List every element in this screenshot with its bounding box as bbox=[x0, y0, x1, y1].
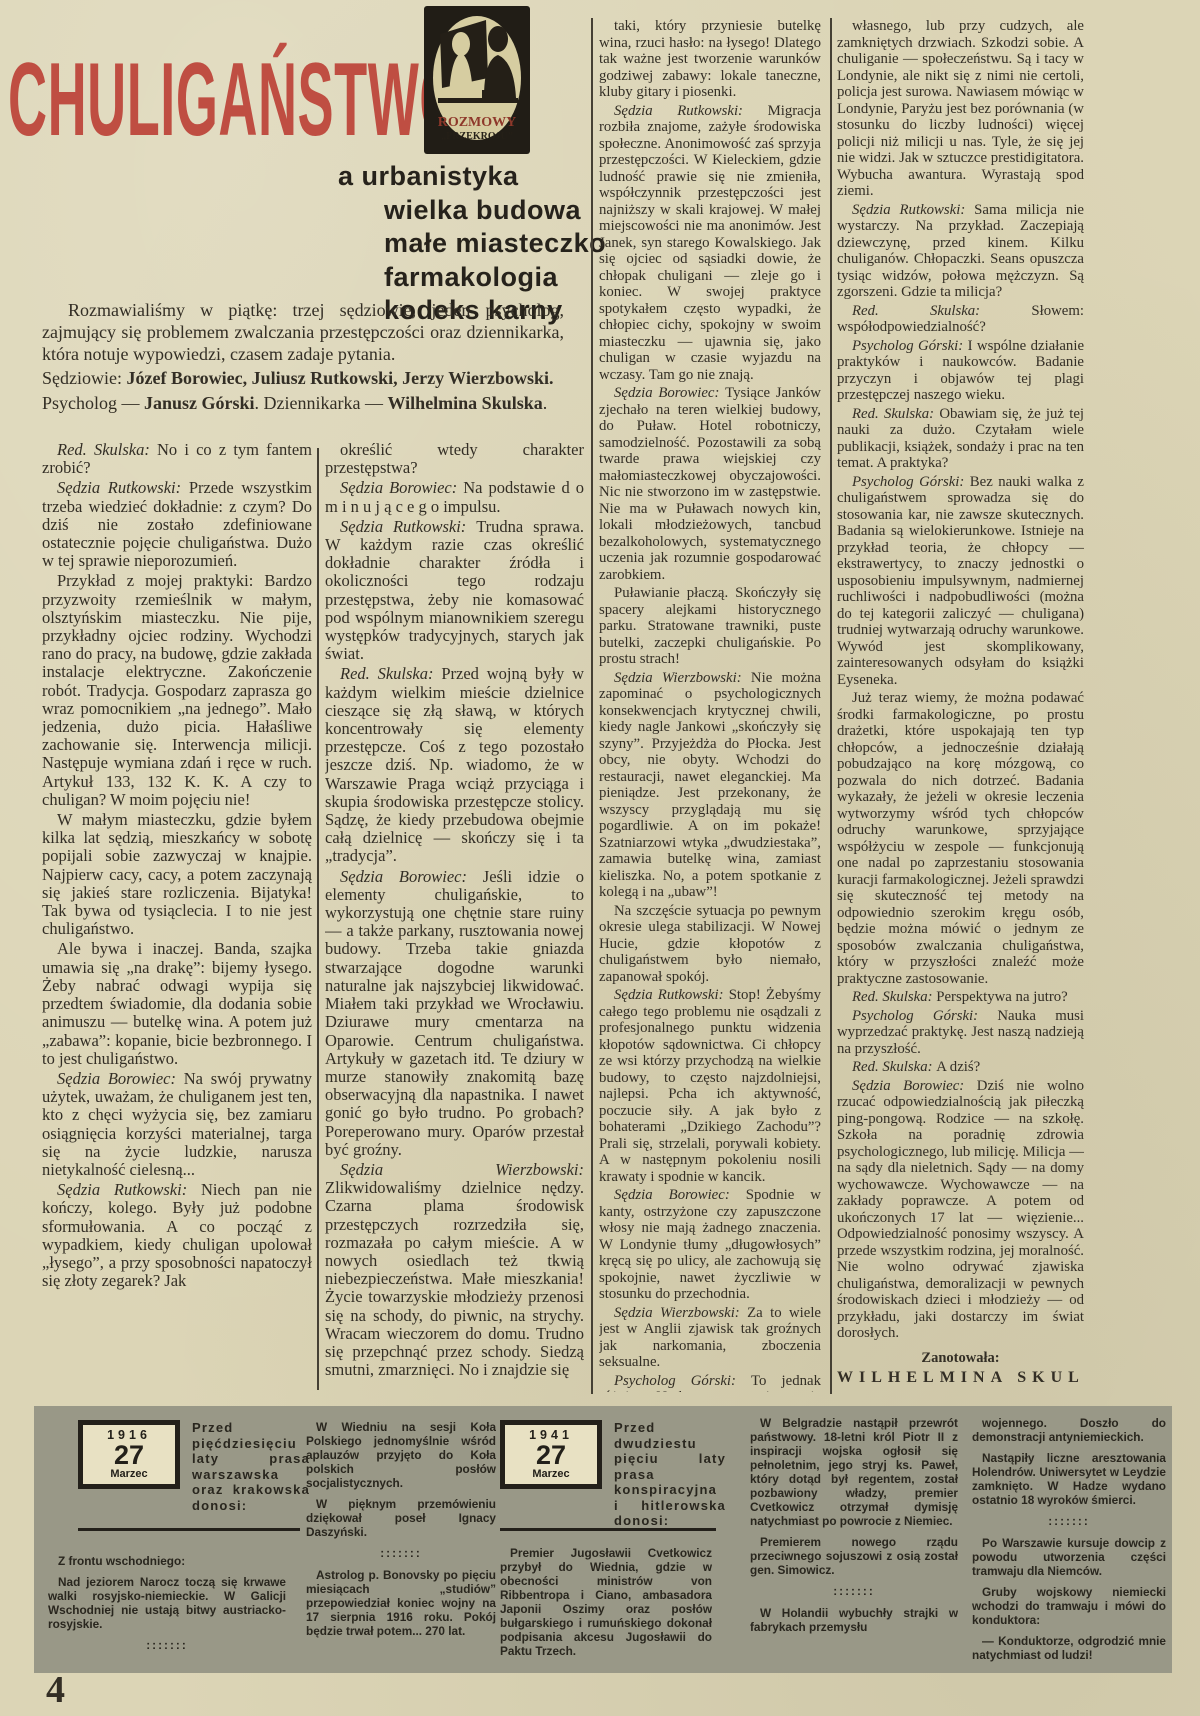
paragraph: Red. Skulska: Przed wojną były w każdym … bbox=[325, 665, 584, 865]
speaker-name: Red. Skulska: bbox=[57, 441, 157, 459]
paragraph: W małym miasteczku, gdzie byłem kilka la… bbox=[42, 811, 312, 938]
speaker-name: Sędzia Borowiec: bbox=[614, 1187, 746, 1203]
calendar-1941: 1941 27 Marzec bbox=[500, 1420, 602, 1489]
paragraph: Sędzia Rutkowski: Sama milicja nie wysta… bbox=[837, 202, 1084, 301]
paragraph: W Belgradzie nastąpił przewrót państwowy… bbox=[750, 1416, 958, 1528]
paragraph: Red. Skulska: No i co z tym fantem zrobi… bbox=[42, 441, 312, 477]
paragraph: Na szczęście sytuacja po pewnym okresie … bbox=[599, 903, 821, 986]
paragraph: Red. Skulska: Słowem: współodpowiedzialn… bbox=[837, 303, 1084, 336]
column-divider bbox=[317, 448, 319, 1390]
speaker-name: Sędzia Wierzbowski: bbox=[614, 1305, 747, 1321]
paragraph: W pięknym przemówieniu dziękował poseł I… bbox=[306, 1497, 496, 1539]
calendar-day: 27 bbox=[505, 1442, 597, 1468]
paragraph: Sędzia Borowiec: Tysiące Janków zjechało… bbox=[599, 385, 821, 583]
paragraph: Red. Skulska: Perspektywa na jutro? bbox=[837, 989, 1084, 1006]
calendar-month: Marzec bbox=[83, 1468, 175, 1480]
archive-1916-heading: Przed pięćdziesięciu laty prasa warszaws… bbox=[192, 1420, 310, 1513]
speaker-name: Red. Skulska: bbox=[852, 1059, 936, 1075]
paragraph: wojennego. Doszło do demonstracji antyni… bbox=[972, 1416, 1166, 1444]
speaker-name: Psycholog Górski: bbox=[852, 474, 970, 490]
paragraph: Nad jeziorem Narocz toczą się krwawe wal… bbox=[48, 1575, 286, 1631]
intro-block: Rozmawialiśmy w piątkę: trzej sędziowie,… bbox=[42, 300, 564, 418]
paragraph: Po Warszawie kursuje dowcip z powodu utw… bbox=[972, 1536, 1166, 1578]
speaker-name: Sędzia Wierzbowski: bbox=[614, 670, 751, 686]
archive-section: 1916 27 Marzec Przed pięćdziesięciu laty… bbox=[34, 1406, 1172, 1673]
paragraph: W Wiedniu na sesji Koła Polskiego jednom… bbox=[306, 1420, 496, 1490]
archive-notes-d: W Belgradzie nastąpił przewrót państwowy… bbox=[750, 1416, 958, 1668]
speaker-name: Psycholog Górski: bbox=[852, 1008, 997, 1024]
paragraph: Puławianie płaczą. Skończyły się spacery… bbox=[599, 585, 821, 668]
paragraph: Gruby wojskowy niemiecki wchodzi do tram… bbox=[972, 1585, 1166, 1627]
paragraph: Nastąpiły liczne aresztowania Holendrów.… bbox=[972, 1451, 1166, 1507]
page-number: 4 bbox=[46, 1668, 65, 1712]
calendar-day: 27 bbox=[83, 1442, 175, 1468]
article-column-4: własnego, lub przy cudzych, ale zamknięt… bbox=[837, 18, 1084, 1392]
text-line: a urbanistyka bbox=[338, 160, 606, 194]
paragraph: określić wtedy charakter przestępstwa? bbox=[325, 441, 584, 477]
column-divider bbox=[591, 18, 593, 1394]
signoff-label: Zanotowała: bbox=[837, 1350, 1084, 1367]
paragraph: Już teraz wiemy, że można podawać środki… bbox=[837, 690, 1084, 987]
paragraph: Psycholog Górski: Nauka musi wyprzedzać … bbox=[837, 1008, 1084, 1058]
archive-1941-header: 1941 27 Marzec Przed dwudziestu pięciu l… bbox=[500, 1420, 726, 1529]
speaker-name: Sędzia Wierzbowski: bbox=[340, 1160, 584, 1179]
paragraph: Psycholog Górski: I wspólne działanie pr… bbox=[837, 338, 1084, 404]
paragraph: Sędzia Borowiec: Dziś nie wolno rzucać o… bbox=[837, 1078, 1084, 1342]
paragraph: taki, który przyniesie butelkę wina, rzu… bbox=[599, 18, 821, 101]
archive-1941-heading: Przed dwudziestu pięciu laty prasa konsp… bbox=[614, 1420, 726, 1529]
signoff-author: WILHELMINA SKULSKA bbox=[837, 1370, 1084, 1387]
page-title: CHULIGAŃSTWO bbox=[8, 50, 462, 150]
text-line: farmakologia bbox=[338, 261, 606, 295]
heading-rule bbox=[500, 1528, 716, 1531]
paragraph: Psycholog Górski: Bez nauki walka z chul… bbox=[837, 474, 1084, 689]
note-heading: Z frontu wschodniego: bbox=[48, 1554, 286, 1568]
archive-notes-a: Z frontu wschodniego:Nad jeziorem Narocz… bbox=[48, 1554, 286, 1666]
paragraph: Premierem nowego rządu przeciwnego sojus… bbox=[750, 1535, 958, 1577]
speaker-name: Sędzia Borowiec: bbox=[852, 1078, 977, 1094]
speaker-name: Sędzia Borowiec: bbox=[340, 867, 483, 886]
paragraph: Z frontu wschodniego: bbox=[48, 1554, 286, 1568]
paragraph: Sędzia Wierzbowski: Nie można zapominać … bbox=[599, 670, 821, 901]
speaker-name: Red. Skulska: bbox=[340, 664, 441, 683]
speaker-name: Sędzia Rutkowski: bbox=[340, 517, 476, 536]
speaker-name: Sędzia Borowiec: bbox=[57, 1069, 184, 1088]
text-line: małe miasteczko bbox=[338, 227, 606, 261]
calendar-month: Marzec bbox=[505, 1468, 597, 1480]
signoff-block: Zanotowała: WILHELMINA SKULSKA bbox=[837, 1350, 1084, 1387]
article-column-1: Red. Skulska: No i co z tym fantem zrobi… bbox=[42, 441, 312, 1391]
heading-rule bbox=[78, 1528, 300, 1531]
rozmowy-przekroju-badge: ROZMOWY „PRZEKROJU” bbox=[424, 6, 530, 154]
paragraph: Sędzia Borowiec: Na swój prywatny użytek… bbox=[42, 1070, 312, 1179]
speaker-name: Red. Skulska: bbox=[852, 303, 1031, 319]
calendar-1916: 1916 27 Marzec bbox=[78, 1420, 180, 1489]
archive-1916-header: 1916 27 Marzec Przed pięćdziesięciu laty… bbox=[78, 1420, 310, 1513]
archive-notes-e: wojennego. Doszło do demonstracji antyni… bbox=[972, 1416, 1166, 1668]
paragraph: Sędzia Borowiec: Spodnie w kanty, ostrzy… bbox=[599, 1187, 821, 1303]
intro-paragraph: Rozmawialiśmy w piątkę: trzej sędziowie,… bbox=[42, 300, 564, 365]
paragraph: ::::::: bbox=[306, 1546, 496, 1560]
paragraph: — Konduktorze, odgrodzić mnie natychmias… bbox=[972, 1634, 1166, 1662]
paragraph: ::::::: bbox=[972, 1514, 1166, 1528]
paragraph: ::::::: bbox=[750, 1584, 958, 1598]
speaker-name: Sędzia Borowiec: bbox=[614, 385, 725, 401]
paragraph: ::::::: bbox=[48, 1638, 286, 1652]
speaker-name: Sędzia Rutkowski: bbox=[57, 478, 189, 497]
speaker-name: Psycholog Górski: bbox=[614, 1373, 751, 1389]
badge-subtitle: „PRZEKROJU” bbox=[441, 131, 513, 142]
paragraph: Psycholog Górski: To jednak różnica. Nar… bbox=[599, 1373, 821, 1393]
paragraph: Sędzia Rutkowski: Stop! Żebyśmy całego t… bbox=[599, 987, 821, 1185]
archive-notes-c: Premier Jugosławii Cvetkowicz przybył do… bbox=[500, 1546, 712, 1668]
paragraph: Sędzia Wierzbowski: Zlikwidowaliśmy dzie… bbox=[325, 1161, 584, 1379]
paragraph: Sędzia Rutkowski: Niech pan nie kończy, … bbox=[42, 1181, 312, 1290]
paragraph: Przykład z mojej praktyki: Bardzo przyzw… bbox=[42, 572, 312, 809]
badge-illustration-icon: ROZMOWY „PRZEKROJU” bbox=[424, 6, 530, 154]
speaker-name: Sędzia Borowiec: bbox=[340, 478, 463, 497]
article-column-2: określić wtedy charakter przestępstwa?Sę… bbox=[325, 441, 584, 1393]
speaker-name: Sędzia Rutkowski: bbox=[614, 987, 729, 1003]
paragraph: Premier Jugosławii Cvetkowicz przybył do… bbox=[500, 1546, 712, 1658]
speaker-name: Red. Skulska: bbox=[852, 406, 939, 422]
paragraph: Ale bywa i inaczej. Banda, szajka umawia… bbox=[42, 940, 312, 1067]
column-divider bbox=[830, 18, 832, 1394]
speaker-name: Sędzia Rutkowski: bbox=[852, 202, 974, 218]
participants-others: Psycholog — Janusz Górski. Dziennikarka … bbox=[42, 393, 564, 415]
archive-notes-b: W Wiedniu na sesji Koła Polskiego jednom… bbox=[306, 1420, 496, 1666]
article-column-4-text: własnego, lub przy cudzych, ale zamknięt… bbox=[837, 18, 1084, 1342]
paragraph: ::::::: bbox=[500, 1665, 712, 1668]
paragraph: Astrolog p. Bonovsky po pięciu miesiącac… bbox=[306, 1568, 496, 1638]
badge-title: ROZMOWY bbox=[438, 115, 517, 130]
speaker-name: Red. Skulska: bbox=[852, 989, 936, 1005]
article-column-3: taki, który przyniesie butelkę wina, rzu… bbox=[599, 18, 821, 1392]
paragraph: Sędzia Rutkowski: Trudna sprawa. W każdy… bbox=[325, 518, 584, 664]
participants-judges: Sędziowie: Józef Borowiec, Juliusz Rutko… bbox=[42, 368, 564, 390]
newspaper-page: CHULIGAŃSTWO ROZMOWY „PRZEKROJU” a urban… bbox=[0, 0, 1200, 1716]
paragraph: Red. Skulska: A dziś? bbox=[837, 1059, 1084, 1076]
paragraph: Sędzia Borowiec: Jeśli idzie o elementy … bbox=[325, 868, 584, 1159]
paragraph: W Holandii wybuchły strajki w fabrykach … bbox=[750, 1606, 958, 1634]
speaker-name: Psycholog Górski: bbox=[852, 338, 968, 354]
text-line: wielka budowa bbox=[338, 194, 606, 228]
paragraph: Sędzia Borowiec: Na podstawie d o m i n … bbox=[325, 479, 584, 515]
paragraph: własnego, lub przy cudzych, ale zamknięt… bbox=[837, 18, 1084, 200]
paragraph: Sędzia Rutkowski: Przede wszystkim trzeb… bbox=[42, 479, 312, 570]
speaker-name: Sędzia Rutkowski: bbox=[57, 1180, 201, 1199]
speaker-name: Sędzia Rutkowski: bbox=[614, 103, 768, 119]
paragraph: Red. Skulska: Obawiam się, że już tej na… bbox=[837, 406, 1084, 472]
paragraph: Sędzia Wierzbowski: Za to wiele jest w A… bbox=[599, 1305, 821, 1371]
paragraph: Sędzia Rutkowski: Migracja rozbiła znajo… bbox=[599, 103, 821, 384]
